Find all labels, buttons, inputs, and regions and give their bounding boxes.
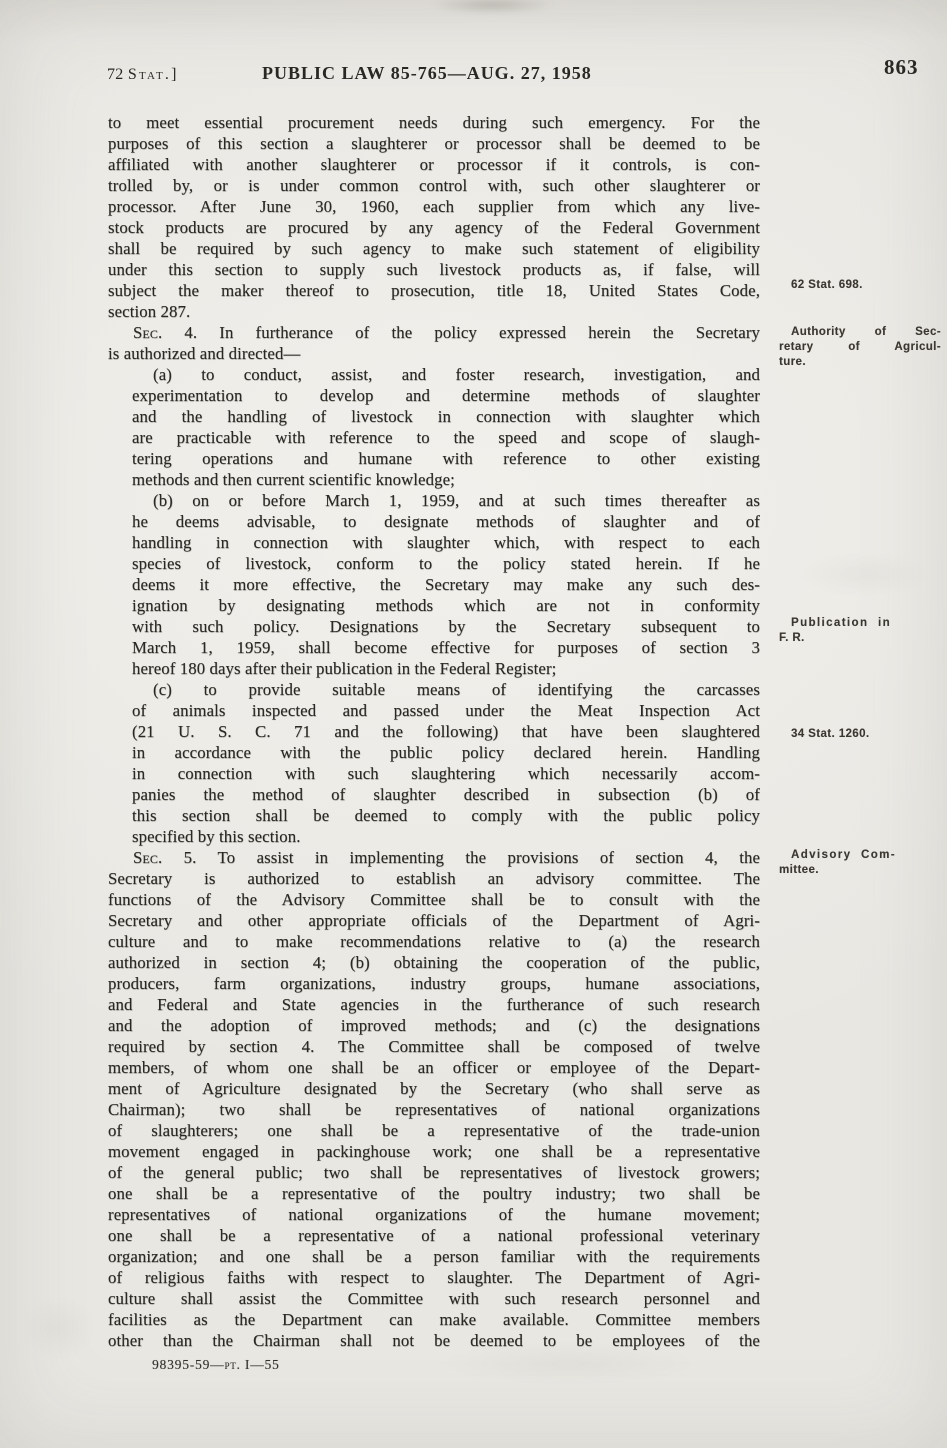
document-page: 72 Stat.] PUBLIC LAW 85-765—AUG. 27, 195… <box>0 0 947 1448</box>
text-line: of slaughterers; one shall be a represen… <box>108 1120 760 1141</box>
page-number: 863 <box>884 55 919 80</box>
text-line: (b) on or before March 1, 1959, and at s… <box>153 490 760 511</box>
text-line: panies the method of slaughter described… <box>132 784 760 805</box>
text-line: organization; and one shall be a person … <box>108 1246 760 1267</box>
section-label: Sec. <box>133 848 162 867</box>
print-code-part: pt. <box>224 1357 240 1372</box>
text-line: section 287. <box>108 301 760 322</box>
text-line: functions of the Advisory Committee shal… <box>108 889 760 910</box>
text-line: ment of Agriculture designated by the Se… <box>108 1078 760 1099</box>
text-line: Secretary is authorized to establish an … <box>108 868 760 889</box>
text-line: experimentation to develop and determine… <box>132 385 760 406</box>
text-line: specified by this section. <box>132 826 760 847</box>
text-line: with such policy. Designations by the Se… <box>132 616 760 637</box>
margin-note-line: retary of Agricul- <box>779 340 941 355</box>
scan-smudge <box>22 1296 96 1360</box>
text-line: shall be required by such agency to make… <box>108 238 760 259</box>
text-line: culture and to make recommendations rela… <box>108 931 760 952</box>
text-line: of animals inspected and passed under th… <box>132 700 760 721</box>
citation-bracket: ] <box>171 66 177 83</box>
text-line: processor. After June 30, 1960, each sup… <box>108 196 760 217</box>
text-line: tering operations and humane with refere… <box>132 448 760 469</box>
text-line: other than the Chairman shall not be dee… <box>108 1330 760 1351</box>
text-line: in accordance with the public policy dec… <box>132 742 760 763</box>
text-segment: 4. In furtherance of the policy expresse… <box>162 323 760 342</box>
text-line: ignation by designating methods which ar… <box>132 595 760 616</box>
text-line: and Federal and State agencies in the fu… <box>108 994 760 1015</box>
volume-number: 72 <box>107 66 128 83</box>
text-line: representatives of national organization… <box>108 1204 760 1225</box>
print-code-suffix: I—55 <box>241 1357 280 1372</box>
text-line: March 1, 1959, shall become effective fo… <box>132 637 760 658</box>
margin-note-line: Advisory Com- <box>779 848 941 863</box>
text-line: handling in connection with slaughter wh… <box>132 532 760 553</box>
text-line: required by section 4. The Committee sha… <box>108 1036 760 1057</box>
margin-note-stat-62: 62 Stat. 698. <box>779 278 941 293</box>
text-line: are practicable with reference to the sp… <box>132 427 760 448</box>
text-line: is authorized and directed— <box>108 343 760 364</box>
text-line: movement engaged in packinghouse work; o… <box>108 1141 760 1162</box>
text-line: of religious faiths with respect to slau… <box>108 1267 760 1288</box>
text-line: Sec. 5. To assist in implementing the pr… <box>133 847 760 868</box>
text-line: authorized in section 4; (b) obtaining t… <box>108 952 760 973</box>
text-line: trolled by, or is under common control w… <box>108 175 760 196</box>
scan-smudge <box>798 552 930 596</box>
text-line: Secretary and other appropriate official… <box>108 910 760 931</box>
section-label: Sec. <box>133 323 162 342</box>
text-line: of the general public; two shall be repr… <box>108 1162 760 1183</box>
margin-note-line: mittee. <box>779 863 941 878</box>
text-line: (c) to provide suitable means of identif… <box>153 679 760 700</box>
margin-note-line: F. R. <box>779 631 941 646</box>
text-line: Chairman); two shall be representatives … <box>108 1099 760 1120</box>
text-line: species of livestock, conform to the pol… <box>132 553 760 574</box>
margin-note-advisory-committee: Advisory Com-mittee. <box>779 848 941 878</box>
margin-note-line: 62 Stat. 698. <box>779 278 941 293</box>
text-line: stock products are procured by any agenc… <box>108 217 760 238</box>
text-line: facilities as the Department can make av… <box>108 1309 760 1330</box>
text-line: culture shall assist the Committee with … <box>108 1288 760 1309</box>
text-line: Sec. 4. In furtherance of the policy exp… <box>133 322 760 343</box>
text-line: (a) to conduct, assist, and foster resea… <box>153 364 760 385</box>
text-line: subject the maker thereof to prosecution… <box>108 280 760 301</box>
margin-note-line: 34 Stat. 1260. <box>779 727 941 742</box>
statute-text: to meet essential procurement needs duri… <box>108 112 760 1351</box>
text-line: to meet essential procurement needs duri… <box>108 112 760 133</box>
text-line: and the handling of livestock in connect… <box>132 406 760 427</box>
print-code: 98395-59—pt. I—55 <box>152 1357 280 1373</box>
law-title: PUBLIC LAW 85-765—AUG. 27, 1958 <box>262 63 592 84</box>
text-line: purposes of this section a slaughterer o… <box>108 133 760 154</box>
text-line: in connection with such slaughtering whi… <box>132 763 760 784</box>
margin-note-publication-fr: Publication inF. R. <box>779 616 941 646</box>
scan-smudge <box>428 0 556 14</box>
volume-citation: 72 Stat.] <box>107 66 177 84</box>
text-line: he deems advisable, to designate methods… <box>132 511 760 532</box>
stat-smallcaps: Stat. <box>128 66 171 83</box>
text-line: and the adoption of improved methods; an… <box>108 1015 760 1036</box>
margin-note-line: ture. <box>779 355 941 370</box>
text-line: one shall be a representative of the pou… <box>108 1183 760 1204</box>
text-line: producers, farm organizations, industry … <box>108 973 760 994</box>
text-line: one shall be a representative of a natio… <box>108 1225 760 1246</box>
text-line: methods and then current scientific know… <box>132 469 760 490</box>
text-line: affiliated with another slaughterer or p… <box>108 154 760 175</box>
text-segment: 5. To assist in implementing the provisi… <box>162 848 760 867</box>
text-line: deems it more effective, the Secretary m… <box>132 574 760 595</box>
text-line: members, of whom one shall be an officer… <box>108 1057 760 1078</box>
text-line: (21 U. S. C. 71 and the following) that … <box>132 721 760 742</box>
margin-note-line: Authority of Sec- <box>779 325 941 340</box>
text-line: hereof 180 days after their publication … <box>132 658 760 679</box>
margin-note-line: Publication in <box>779 616 941 631</box>
print-code-number: 98395-59— <box>152 1357 224 1372</box>
text-line: under this section to supply such livest… <box>108 259 760 280</box>
margin-note-authority: Authority of Sec-retary of Agricul-ture. <box>779 325 941 370</box>
margin-note-stat-34: 34 Stat. 1260. <box>779 727 941 742</box>
text-line: this section shall be deemed to comply w… <box>132 805 760 826</box>
